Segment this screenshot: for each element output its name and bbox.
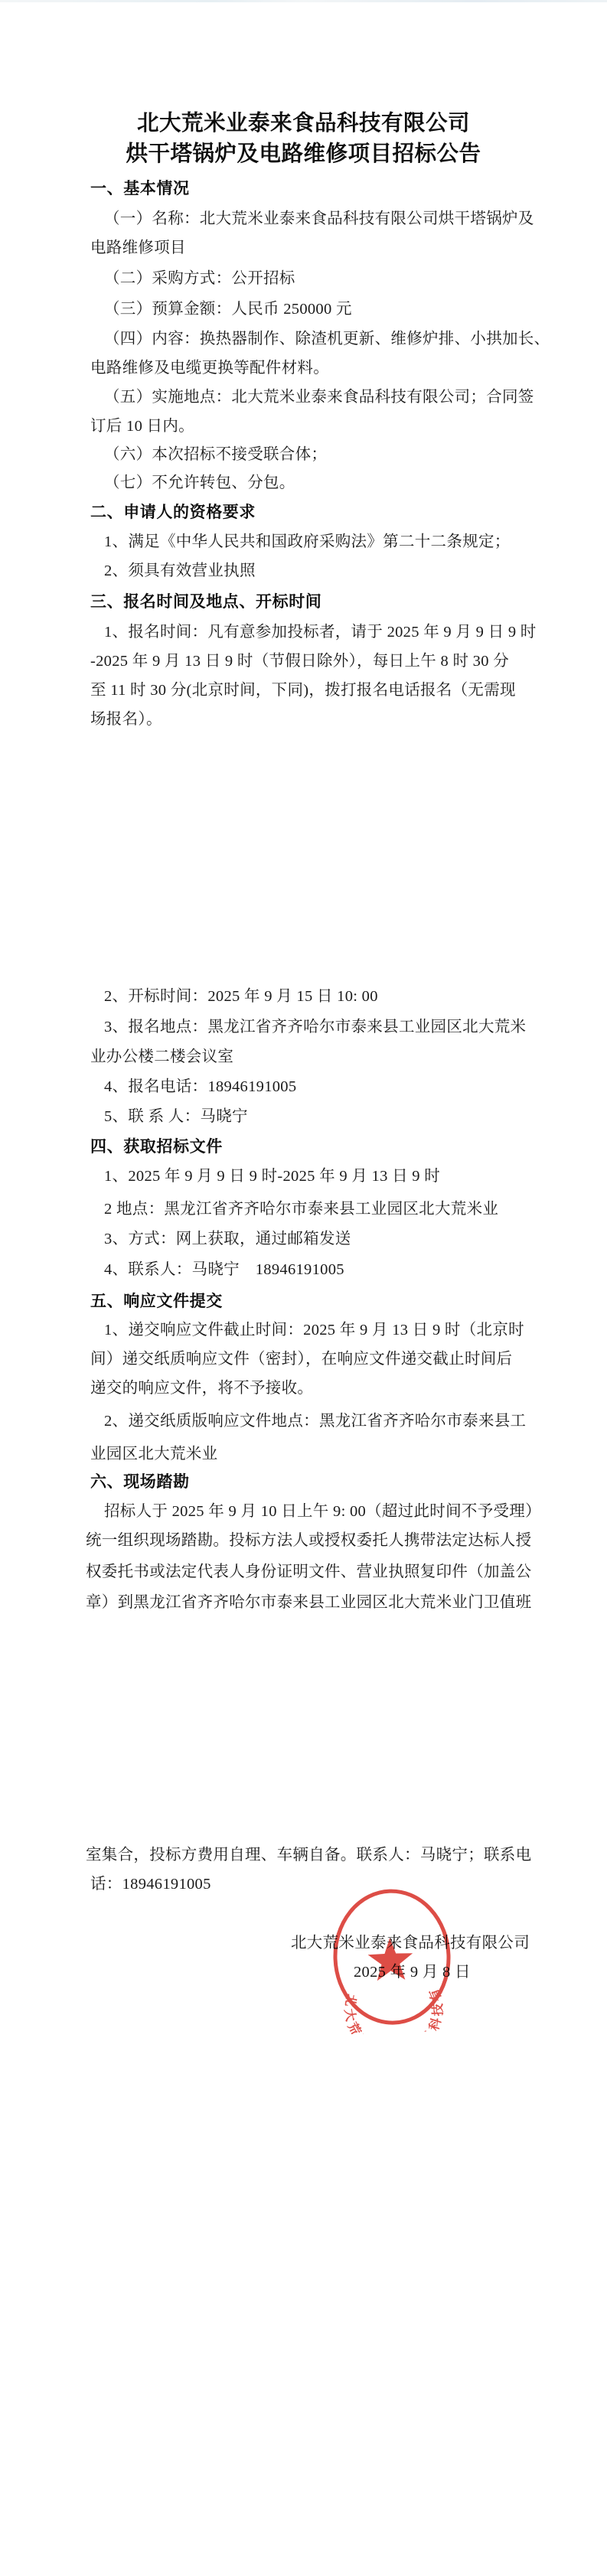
text-line: 3、报名地点：黑龙江省齐齐哈尔市泰来县工业园区北大荒米 (104, 1016, 526, 1039)
text-line: 1、2025 年 9 月 9 日 9 时-2025 年 9 月 13 日 9 时 (104, 1166, 440, 1188)
text-line: 4、报名电话：18946191005 (104, 1076, 296, 1098)
text-line: 话：18946191005 (90, 1873, 211, 1896)
text-line: 5、联 系 人：马晓宁 (104, 1106, 248, 1128)
document-title-line-1: 北大荒米业泰来食品科技有限公司 (0, 111, 607, 137)
document-title-line-2: 烘干塔锅炉及电路维修项目招标公告 (0, 142, 607, 168)
screenshot-top-edge-artifact (0, 0, 607, 2)
text-line: （三）预算金额：人民币 250000 元 (104, 298, 352, 321)
text-line: 招标人于 2025 年 9 月 10 日上午 9: 00（超过此时间不予受理） (104, 1501, 541, 1523)
text-line: 间）递交纸质响应文件（密封），在响应文件递交截止时间后 (90, 1348, 512, 1371)
text-line: 室集合，投标方费用自理、车辆自备。联系人：马晓宁；联系电 (86, 1844, 531, 1867)
text-line: 递交的响应文件，将不予接收。 (90, 1378, 313, 1400)
section-heading: 一、基本情况 (90, 178, 190, 200)
section-heading: 六、现场踏勘 (90, 1471, 190, 1493)
text-line: 业办公楼二楼会议室 (90, 1046, 233, 1068)
text-line: （七）不允许转包、分包。 (104, 472, 295, 494)
text-line: 电路维修项目 (90, 237, 186, 259)
text-line: -2025 年 9 月 13 日 9 时（节假日除外），每日上午 8 时 30 … (90, 651, 509, 673)
text-line: 权委托书或法定代表人身份证明文件、营业执照复印件（加盖公 (86, 1561, 531, 1583)
text-line: 2、须具有效营业执照 (104, 560, 256, 582)
text-line: 1、满足《中华人民共和国政府采购法》第二十二条规定； (104, 531, 511, 553)
text-line: 2、开标时间：2025 年 9 月 15 日 10: 00 (104, 986, 378, 1008)
text-line: 1、报名时间：凡有意参加投标者，请于 2025 年 9 月 9 日 9 时 (104, 621, 537, 644)
text-line: 至 11 时 30 分(北京时间，下同)，拨打报名电话报名（无需现 (90, 680, 516, 702)
text-line: 2、递交纸质版响应文件地点：黑龙江省齐齐哈尔市泰来县工 (104, 1410, 526, 1433)
page: { "page": { "width": 793, "height": 3366… (0, 0, 607, 2576)
text-line: 电路维修及电缆更换等配件材料。 (90, 357, 329, 380)
section-heading: 二、申请人的资格要求 (90, 501, 256, 523)
text-line: 2 地点：黑龙江省齐齐哈尔市泰来县工业园区北大荒米业 (104, 1198, 498, 1221)
section-heading: 五、响应文件提交 (90, 1290, 223, 1312)
text-line: 1、递交响应文件截止时间：2025 年 9 月 13 日 9 时（北京时 (104, 1319, 524, 1342)
company-seal: 北大荒米业泰来食品科技有限公司 (322, 1879, 467, 2035)
text-line: 章）到黑龙江省齐齐哈尔市泰来县工业园区北大荒米业门卫值班 (86, 1592, 531, 1614)
text-line: 业园区北大荒米业 (90, 1443, 217, 1466)
star-icon (367, 1937, 413, 1981)
text-line: （一）名称：北大荒米业泰来食品科技有限公司烘干塔锅炉及 (104, 208, 534, 230)
text-line: （二）采购方式：公开招标 (104, 268, 295, 290)
section-heading: 三、报名时间及地点、开标时间 (90, 591, 321, 613)
text-line: （四）内容：换热器制作、除渣机更新、维修炉排、小拱加长、 (104, 328, 550, 351)
text-line: 统一组织现场踏勘。投标方法人或授权委托人携带法定达标人授 (86, 1530, 531, 1552)
section-heading: 四、获取招标文件 (90, 1136, 223, 1158)
text-line: 订后 10 日内。 (90, 416, 194, 438)
text-line: （六）本次招标不接受联合体； (104, 444, 327, 466)
text-line: 3、方式：网上获取，通过邮箱发送 (104, 1228, 351, 1251)
text-line: 4、联系人：马晓宁 18946191005 (104, 1259, 344, 1281)
text-line: 场报名）。 (90, 709, 162, 731)
company-seal-graphic: 北大荒米业泰来食品科技有限公司 (322, 1879, 467, 2035)
text-line: （五）实施地点：北大荒米业泰来食品科技有限公司；合同签 (104, 386, 534, 409)
